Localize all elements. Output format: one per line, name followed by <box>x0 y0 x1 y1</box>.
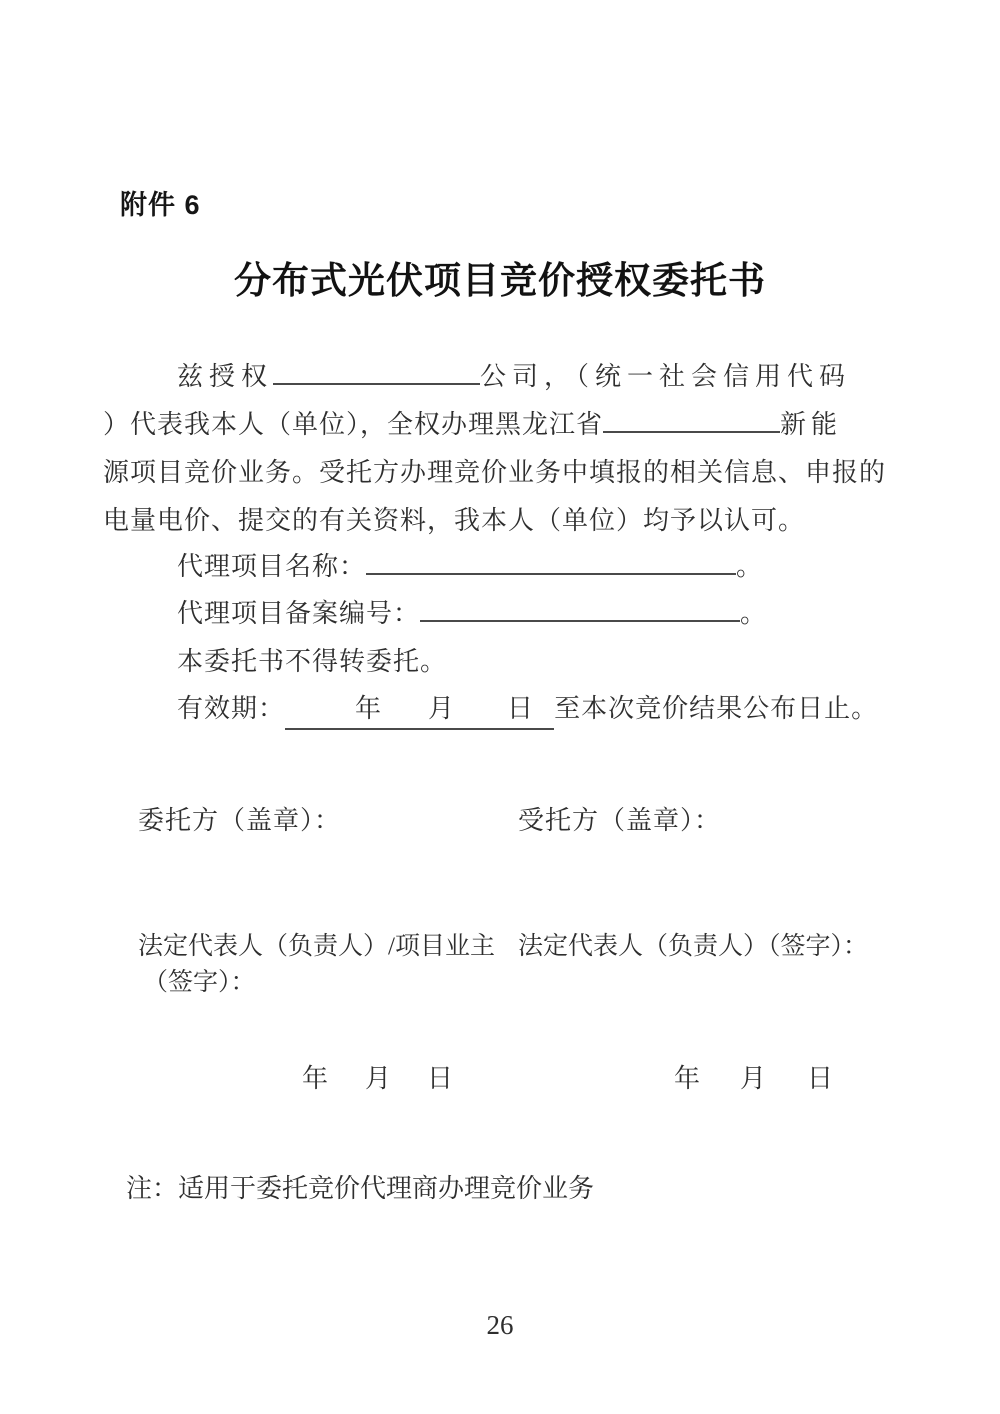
month-label: 月 <box>428 694 455 723</box>
record-number-label: 代理项目备案编号： <box>177 599 420 628</box>
paragraph-line-3: 源项目竞价业务。受托方办理竞价业务中填报的相关信息、申报的 <box>103 452 886 489</box>
project-name-label: 代理项目名称： <box>177 552 366 581</box>
date-left-month: 月 <box>365 1058 391 1095</box>
paragraph-text: 源项目竞价业务。受托方办理竞价业务中填报的相关信息、申报的 <box>103 458 886 487</box>
project-name-row: 代理项目名称：。 <box>177 546 763 583</box>
principal-seal-label: 委托方（盖章）： <box>138 800 341 837</box>
legal-rep-right-label: 法定代表人（负责人）（签字）： <box>518 926 868 962</box>
page-number: 26 <box>0 1310 1000 1341</box>
year-label: 年 <box>355 694 382 723</box>
validity-date-blank: 年月日 <box>285 688 554 730</box>
validity-row: 有效期：年月日至本次竞价结果公布日止。 <box>177 688 878 730</box>
agent-seal-label: 受托方（盖章）： <box>518 800 721 837</box>
validity-label: 有效期： <box>177 694 285 723</box>
note-text: 注：适用于委托竞价代理商办理竞价业务 <box>126 1168 594 1205</box>
date-left-day: 日 <box>427 1058 453 1095</box>
region-blank <box>603 427 780 433</box>
paragraph-text: 兹授权 <box>177 362 273 391</box>
period-mark: 。 <box>736 552 763 581</box>
year-blank <box>285 715 355 717</box>
paragraph-text: 电量电价、提交的有关资料，我本人（单位）均予以认可。 <box>103 506 805 535</box>
paragraph-text: 新能 <box>780 410 842 439</box>
day-blank <box>455 715 507 717</box>
paragraph-line-4: 电量电价、提交的有关资料，我本人（单位）均予以认可。 <box>103 500 805 537</box>
day-label: 日 <box>507 694 534 723</box>
record-number-row: 代理项目备案编号：。 <box>177 593 767 630</box>
date-right-day: 日 <box>807 1058 833 1095</box>
paragraph-line-1: 兹授权公司，（统一社会信用代码 <box>177 356 851 393</box>
date-right-month: 月 <box>740 1058 766 1095</box>
month-blank <box>382 715 428 717</box>
date-right-year: 年 <box>674 1058 700 1095</box>
date-left-year: 年 <box>302 1058 328 1095</box>
paragraph-text: 公司，（统一社会信用代码 <box>480 362 851 391</box>
paragraph-text: ）代表我本人（单位），全权办理黑龙江省 <box>103 410 603 439</box>
legal-rep-left-line2: （签字）： <box>143 962 256 998</box>
non-transfer-text: 本委托书不得转委托。 <box>177 647 447 676</box>
company-name-blank <box>273 379 480 385</box>
project-name-blank <box>366 569 736 575</box>
attachment-label: 附件 6 <box>120 183 201 222</box>
paragraph-line-2: ）代表我本人（单位），全权办理黑龙江省新能 <box>103 404 842 441</box>
legal-rep-left-line1: 法定代表人（负责人）/项目业主 <box>138 926 495 962</box>
page-title: 分布式光伏项目竞价授权委托书 <box>0 250 1000 304</box>
record-number-blank <box>420 616 740 622</box>
validity-suffix: 至本次竞价结果公布日止。 <box>554 694 878 723</box>
document-page: 附件 6 分布式光伏项目竞价授权委托书 兹授权公司，（统一社会信用代码 ）代表我… <box>0 0 1000 1414</box>
period-mark: 。 <box>740 599 767 628</box>
non-transfer-clause: 本委托书不得转委托。 <box>177 641 447 678</box>
